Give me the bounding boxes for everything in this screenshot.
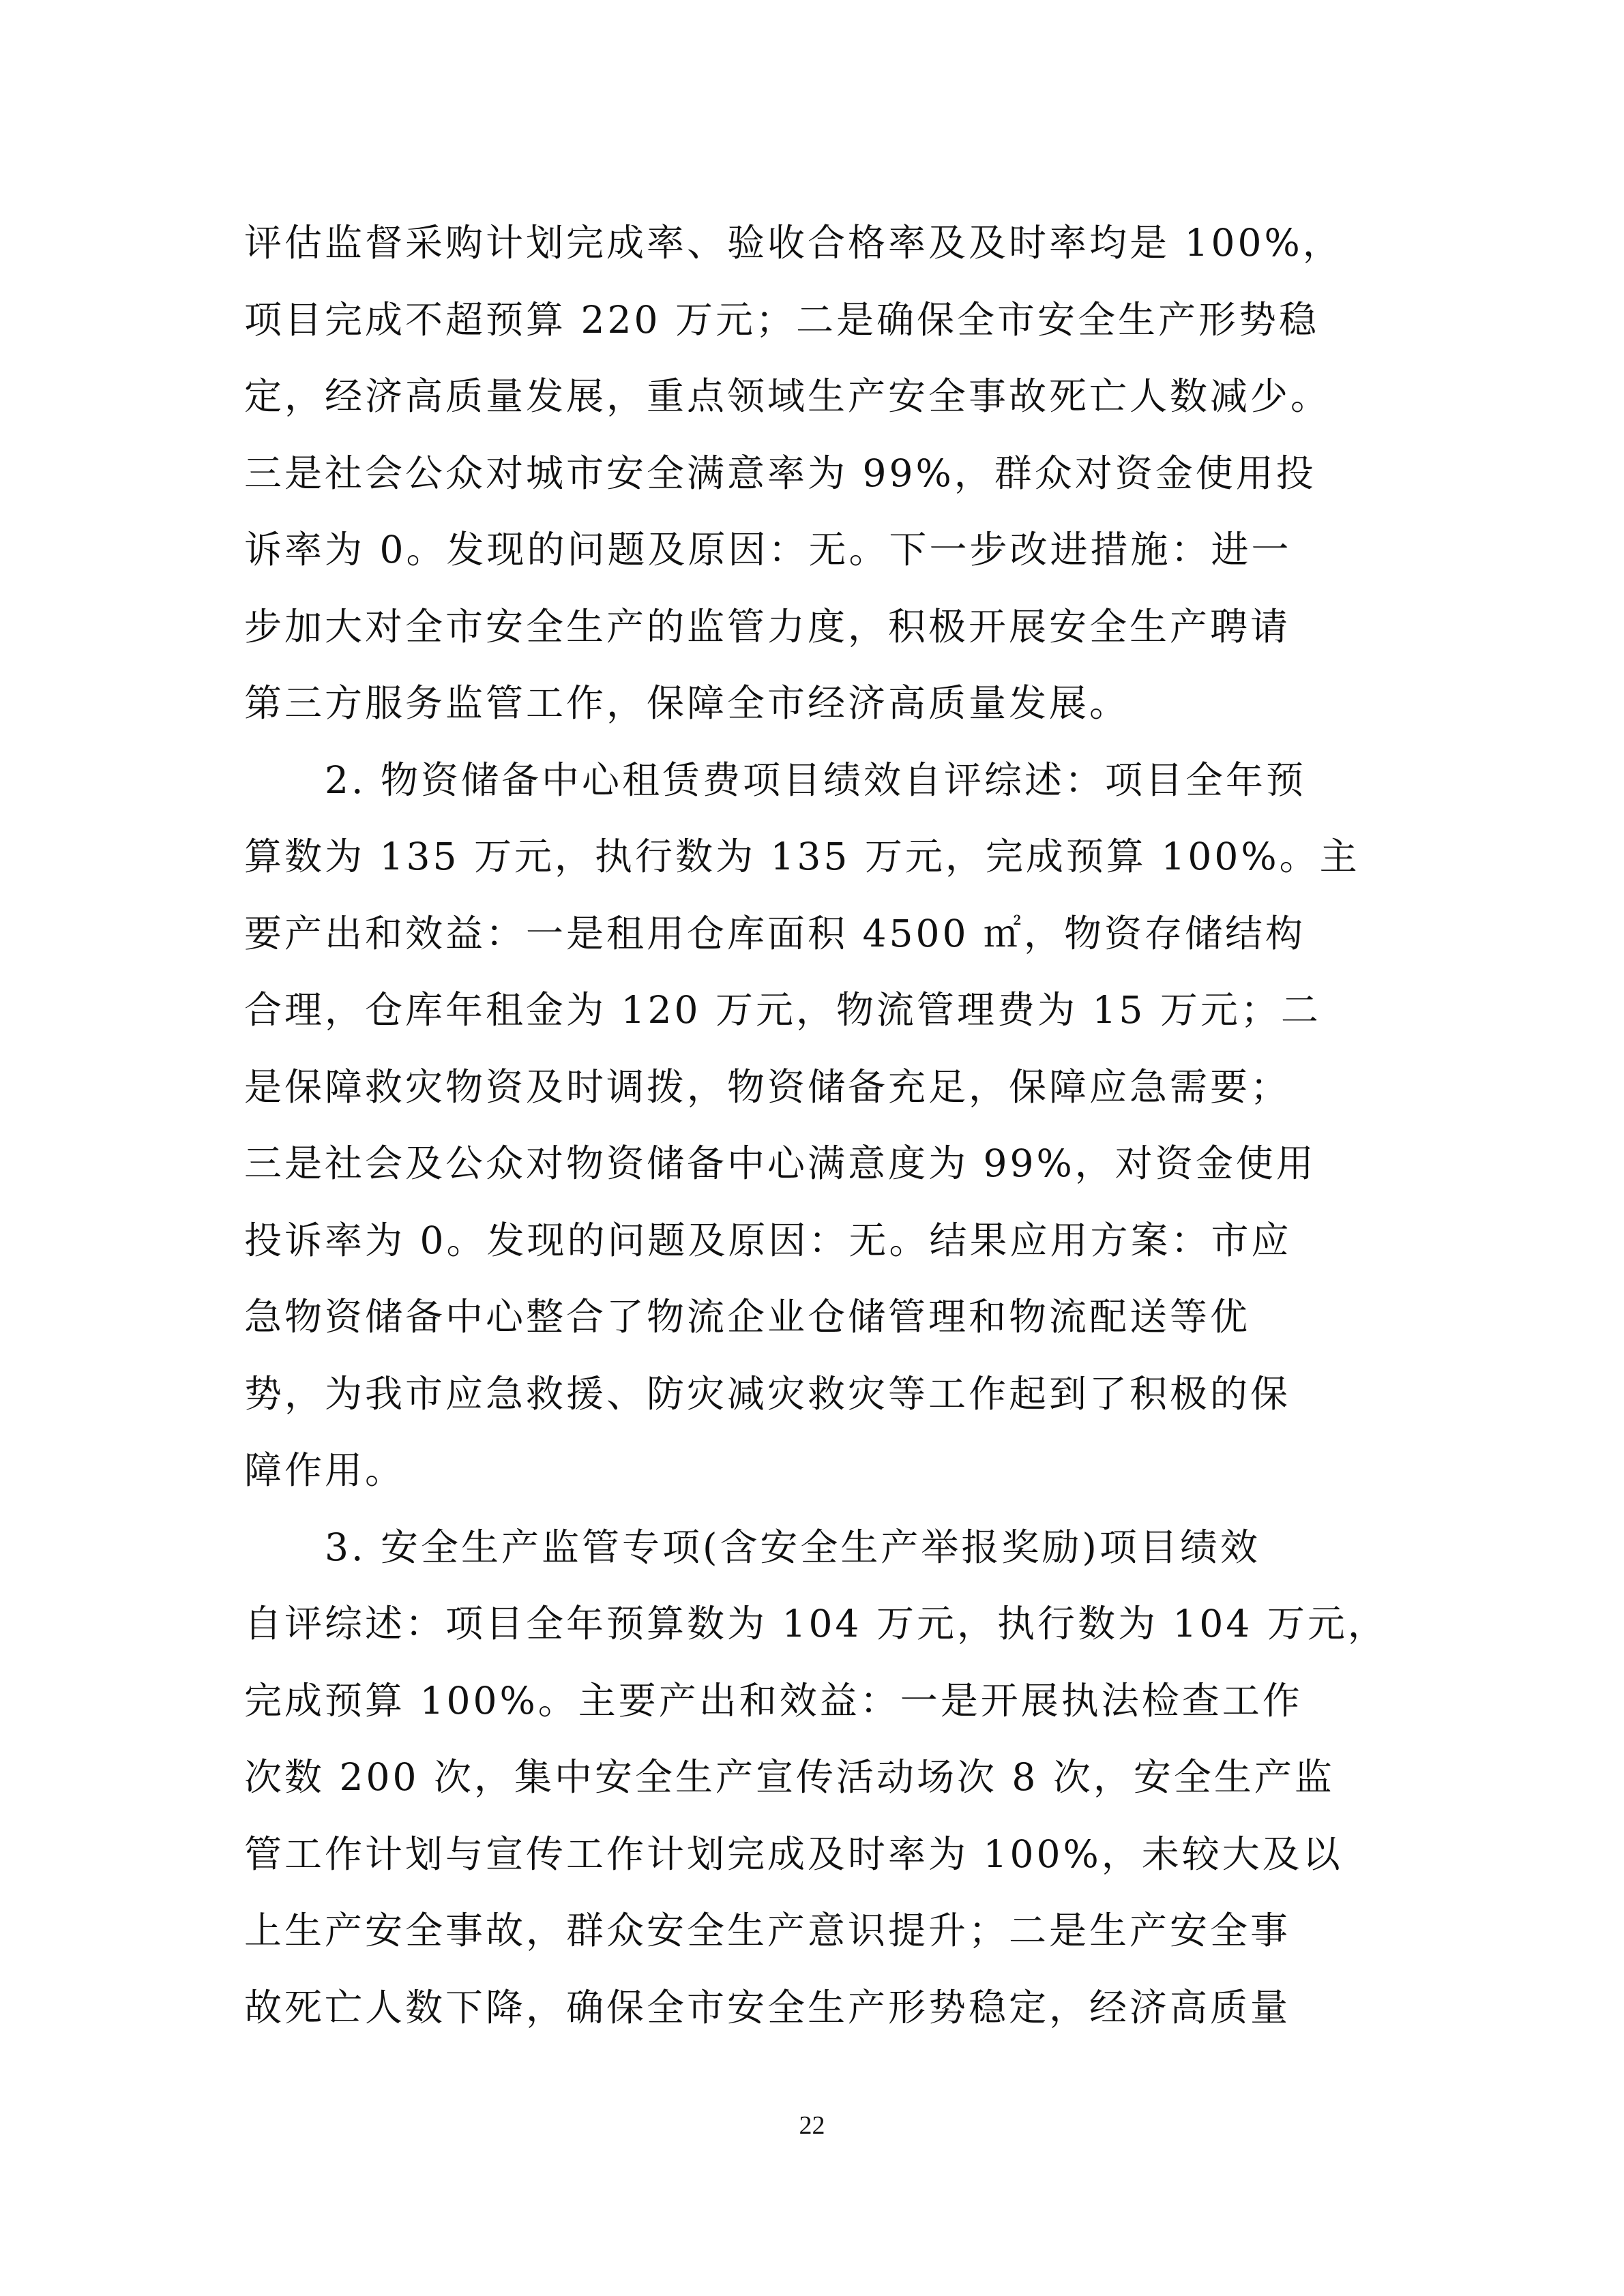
document-page: 评估监督采购计划完成率、验收合格率及及时率均是 100%， 项目完成不超预算 2… <box>0 0 1624 2296</box>
text-line: 项目完成不超预算 220 万元；二是确保全市安全生产形势稳 <box>244 282 1390 359</box>
text-line: 是保障救灾物资及时调拨，物资储备充足，保障应急需要； <box>244 1049 1390 1126</box>
text-line: 三是社会及公众对物资储备中心满意度为 99%，对资金使用 <box>244 1125 1390 1202</box>
text-line: 评估监督采购计划完成率、验收合格率及及时率均是 100%， <box>244 205 1390 282</box>
text-line: 次数 200 次，集中安全生产宣传活动场次 8 次，安全生产监 <box>244 1739 1390 1816</box>
text-line: 上生产安全事故，群众安全生产意识提升；二是生产安全事 <box>244 1892 1390 1969</box>
text-line: 完成预算 100%。主要产出和效益：一是开展执法检查工作 <box>244 1663 1390 1740</box>
text-line: 势，为我市应急救援、防灾减灾救灾等工作起到了积极的保 <box>244 1356 1390 1433</box>
section-3-heading-line: 3. 安全生产监管专项(含安全生产举报奖励)项目绩效 <box>244 1509 1390 1586</box>
text-line: 投诉率为 0。发现的问题及原因：无。结果应用方案：市应 <box>244 1202 1390 1279</box>
text-line: 故死亡人数下降，确保全市安全生产形势稳定，经济高质量 <box>244 1969 1390 2046</box>
text-line: 要产出和效益：一是租用仓库面积 4500 ㎡，物资存储结构 <box>244 895 1390 972</box>
text-line: 第三方服务监管工作，保障全市经济高质量发展。 <box>244 665 1390 742</box>
text-line: 急物资储备中心整合了物流企业仓储管理和物流配送等优 <box>244 1279 1390 1356</box>
body-text: 评估监督采购计划完成率、验收合格率及及时率均是 100%， 项目完成不超预算 2… <box>244 205 1390 2046</box>
text-line: 障作用。 <box>244 1432 1390 1509</box>
text-line: 合理，仓库年租金为 120 万元，物流管理费为 15 万元；二 <box>244 972 1390 1049</box>
text-line: 诉率为 0。发现的问题及原因：无。下一步改进措施：进一 <box>244 511 1390 588</box>
section-2-heading-line: 2. 物资储备中心租赁费项目绩效自评综述：项目全年预 <box>244 742 1390 819</box>
text-line: 自评综述：项目全年预算数为 104 万元，执行数为 104 万元， <box>244 1585 1390 1663</box>
text-line: 步加大对全市安全生产的监管力度，积极开展安全生产聘请 <box>244 588 1390 666</box>
text-line: 算数为 135 万元，执行数为 135 万元，完成预算 100%。主 <box>244 818 1390 895</box>
text-line: 管工作计划与宣传工作计划完成及时率为 100%，未较大及以 <box>244 1816 1390 1893</box>
page-number: 22 <box>0 2111 1624 2141</box>
text-line: 三是社会公众对城市安全满意率为 99%，群众对资金使用投 <box>244 435 1390 512</box>
text-line: 定，经济高质量发展，重点领域生产安全事故死亡人数减少。 <box>244 358 1390 435</box>
